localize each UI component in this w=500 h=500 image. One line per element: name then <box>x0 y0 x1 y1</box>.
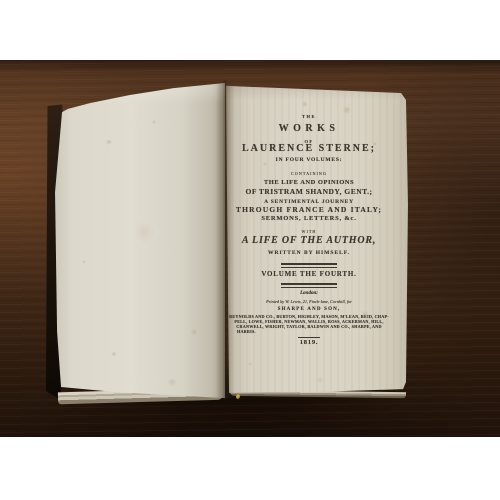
imprint-booksellers-4: HARRIS. <box>225 330 405 334</box>
imprint-year: 1819. <box>225 340 393 347</box>
book-gutter-shadow <box>216 80 234 398</box>
title-line-the: THE <box>225 115 393 120</box>
screenshot: THE WORKS OF LAURENCE STERNE; IN FOUR VO… <box>0 0 500 500</box>
title-line-with: WITH <box>225 230 393 234</box>
blank-left-page <box>54 82 225 402</box>
letterbox-bottom <box>0 437 500 500</box>
title-line-life-of-author: A LIFE OF THE AUTHOR, <box>225 236 393 246</box>
title-line-containing: CONTAINING <box>225 172 393 176</box>
title-line-author-name: LAURENCE STERNE; <box>225 144 393 154</box>
imprint-printer: Printed by W. Lewis, 21, Finch-lane, Cor… <box>225 300 393 304</box>
title-line-france-italy: THROUGH FRANCE AND ITALY; <box>225 206 393 214</box>
imprint-publisher: SHARPE AND SON, <box>225 307 393 312</box>
title-line-sermons: SERMONS, LETTERS, &c. <box>225 216 393 223</box>
book-photograph: THE WORKS OF LAURENCE STERNE; IN FOUR VO… <box>0 60 500 437</box>
title-line-life-opinions: THE LIFE AND OPINIONS <box>225 180 393 187</box>
divider-rule <box>281 263 337 268</box>
title-line-works: WORKS <box>225 124 393 134</box>
title-line-volumes: IN FOUR VOLUMES: <box>225 158 393 164</box>
title-page: THE WORKS OF LAURENCE STERNE; IN FOUR VO… <box>225 84 408 396</box>
title-line-tristram: OF TRISTRAM SHANDY, GENT.; <box>225 188 393 196</box>
divider-rule <box>281 283 337 288</box>
title-line-by-himself: WRITTEN BY HIMSELF. <box>225 251 393 257</box>
divider-rule <box>298 337 320 338</box>
letterbox-top <box>0 0 500 60</box>
title-line-volume-fourth: VOLUME THE FOURTH. <box>225 271 393 278</box>
imprint-city: London: <box>225 291 393 296</box>
